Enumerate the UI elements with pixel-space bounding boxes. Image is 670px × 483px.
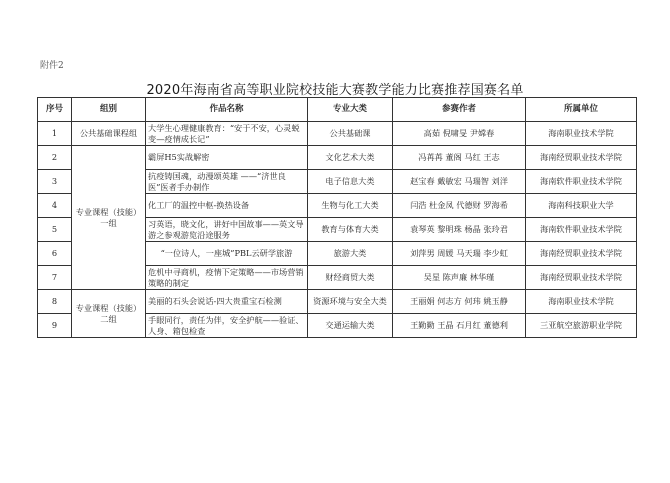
cell-category: 资源环境与安全大类 bbox=[308, 290, 393, 314]
cell-unit: 海南软件职业技术学院 bbox=[526, 218, 637, 242]
cell-no: 1 bbox=[38, 122, 72, 146]
cell-unit: 海南软件职业技术学院 bbox=[526, 170, 637, 194]
cell-no: 7 bbox=[38, 266, 72, 290]
header-category: 专业大类 bbox=[308, 98, 393, 122]
header-title: 作品名称 bbox=[146, 98, 308, 122]
table-header-row: 序号 组别 作品名称 专业大类 参赛作者 所属单位 bbox=[38, 98, 637, 122]
cell-title: 美丽的石头会说话-四大贵重宝石检测 bbox=[146, 290, 308, 314]
cell-title: 大学生心理健康教育：“安于不安，心灵蜕变—疫情成长记” bbox=[146, 122, 308, 146]
header-group: 组别 bbox=[72, 98, 146, 122]
cell-title: 手眼同行，责任为伴，安全护航——验证、人身、箱包检查 bbox=[146, 314, 308, 338]
table-row: 1 公共基础课程组 大学生心理健康教育：“安于不安，心灵蜕变—疫情成长记” 公共… bbox=[38, 122, 637, 146]
cell-title: 习英语，晓文化，讲好中国故事——英文导游之参观游览沿途服务 bbox=[146, 218, 308, 242]
cell-category: 文化艺术大类 bbox=[308, 146, 393, 170]
cell-no: 9 bbox=[38, 314, 72, 338]
cell-unit: 海南职业技术学院 bbox=[526, 122, 637, 146]
document-title: 2020年海南省高等职业院校技能大赛教学能力比赛推荐国赛名单 bbox=[0, 79, 670, 98]
cell-authors: 王勤勤 王晶 石月红 董德利 bbox=[393, 314, 526, 338]
cell-group: 公共基础课程组 bbox=[72, 122, 146, 146]
table-row: 8 专业课程（技能）二组 美丽的石头会说话-四大贵重宝石检测 资源环境与安全大类… bbox=[38, 290, 637, 314]
cell-title: 抗疫铸国魂，动漫颂英雄 ——“济世良医”医者手办制作 bbox=[146, 170, 308, 194]
attachment-label: 附件2 bbox=[40, 58, 64, 71]
header-unit: 所属单位 bbox=[526, 98, 637, 122]
cell-unit: 海南科技职业大学 bbox=[526, 194, 637, 218]
header-authors: 参赛作者 bbox=[393, 98, 526, 122]
cell-no: 8 bbox=[38, 290, 72, 314]
cell-authors: 冯苒苒 董阁 马红 王志 bbox=[393, 146, 526, 170]
cell-title: 化工厂的温控中枢-换热设备 bbox=[146, 194, 308, 218]
cell-unit: 海南经贸职业技术学院 bbox=[526, 242, 637, 266]
cell-no: 3 bbox=[38, 170, 72, 194]
cell-unit: 海南职业技术学院 bbox=[526, 290, 637, 314]
cell-no: 2 bbox=[38, 146, 72, 170]
header-no: 序号 bbox=[38, 98, 72, 122]
cell-authors: 闫浩 杜金凤 代德财 罗海希 bbox=[393, 194, 526, 218]
cell-category: 公共基础课 bbox=[308, 122, 393, 146]
cell-category: 旅游大类 bbox=[308, 242, 393, 266]
cell-authors: 高茹 倪啸旻 尹嫦春 bbox=[393, 122, 526, 146]
cell-authors: 袁琴英 黎明珠 杨晶 张玲君 bbox=[393, 218, 526, 242]
cell-authors: 吴星 陈声廉 林华瑾 bbox=[393, 266, 526, 290]
cell-title: 危机中寻商机，疫情下定策略——市场营销策略的制定 bbox=[146, 266, 308, 290]
cell-category: 生物与化工大类 bbox=[308, 194, 393, 218]
cell-no: 6 bbox=[38, 242, 72, 266]
cell-category: 电子信息大类 bbox=[308, 170, 393, 194]
cell-category: 交通运输大类 bbox=[308, 314, 393, 338]
cell-title: 霸屏H5实战解密 bbox=[146, 146, 308, 170]
cell-authors: 王丽娟 何志方 何玮 姚玉静 bbox=[393, 290, 526, 314]
cell-group: 专业课程（技能）一组 bbox=[72, 146, 146, 290]
cell-group: 专业课程（技能）二组 bbox=[72, 290, 146, 338]
cell-title: “一位诗人，一座城”PBL云研学旅游 bbox=[146, 242, 308, 266]
cell-category: 财经商贸大类 bbox=[308, 266, 393, 290]
cell-unit: 海南经贸职业技术学院 bbox=[526, 266, 637, 290]
table-row: 2 专业课程（技能）一组 霸屏H5实战解密 文化艺术大类 冯苒苒 董阁 马红 王… bbox=[38, 146, 637, 170]
cell-no: 5 bbox=[38, 218, 72, 242]
cell-category: 教育与体育大类 bbox=[308, 218, 393, 242]
cell-authors: 刘萍男 周媛 马天瑞 李少虹 bbox=[393, 242, 526, 266]
cell-unit: 三亚航空旅游职业学院 bbox=[526, 314, 637, 338]
cell-unit: 海南经贸职业技术学院 bbox=[526, 146, 637, 170]
cell-no: 4 bbox=[38, 194, 72, 218]
cell-authors: 赵宝春 戴敏宏 马瑞智 刘洋 bbox=[393, 170, 526, 194]
recommendation-table: 序号 组别 作品名称 专业大类 参赛作者 所属单位 1 公共基础课程组 大学生心… bbox=[37, 97, 637, 338]
